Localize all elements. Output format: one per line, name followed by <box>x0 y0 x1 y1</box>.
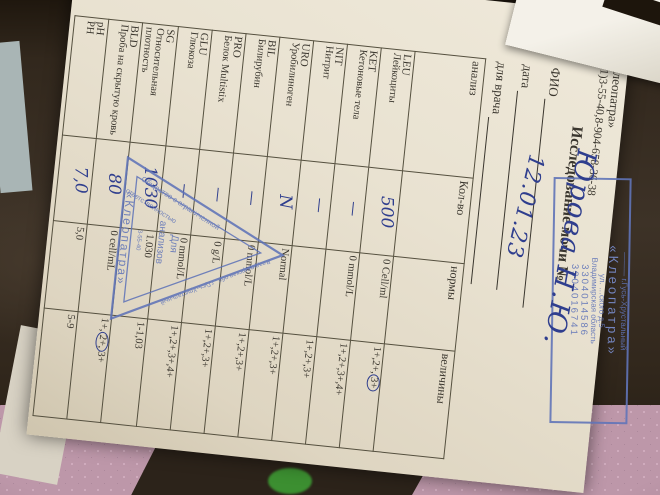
triangle-stamp-phone: 3-55-40 <box>134 229 142 251</box>
scale-token: 2+, <box>267 349 279 364</box>
triangle-stamp-center-line2: анализов <box>153 220 168 264</box>
triangle-stamp-center-line1: Для <box>167 234 180 253</box>
triangle-stamp-name: «Клеопатра» <box>114 191 138 286</box>
handwritten-result: — <box>344 201 363 218</box>
green-spot <box>268 468 312 494</box>
photo-frame: ООО «Клеопатра» тел. (849241)3-55-40,8-9… <box>0 0 660 495</box>
urine-test-form: ООО «Клеопатра» тел. (849241)3-55-40,8-9… <box>26 0 633 493</box>
scale-token: 3+ <box>94 351 106 363</box>
scale-token: 3+ <box>300 366 312 378</box>
triangular-analysis-stamp: Общество с ограниченной ответственностью… <box>102 151 297 343</box>
scale-token: 2+, <box>166 338 178 353</box>
scale-token: 3+ <box>366 373 381 391</box>
scale-token: 4+ <box>332 384 344 396</box>
scale-token: 03 <box>132 338 144 350</box>
scale-token: 5-9 <box>63 314 75 329</box>
scale-token: 1+, <box>303 339 315 354</box>
column-header-norms: нормы <box>384 256 464 351</box>
handwritten-result: — <box>310 197 329 214</box>
doctor-label: для врача <box>490 61 510 115</box>
scale-token: 2+, <box>369 360 381 375</box>
date-label: дата <box>518 64 535 89</box>
scale-token: 1+, <box>336 342 348 357</box>
scale-token: 1+, <box>370 346 382 361</box>
scale-token: 2+, <box>301 353 313 368</box>
scale-token: 3+ <box>266 363 278 375</box>
handwritten-result: 500 <box>377 196 397 228</box>
scale-token: 4+ <box>163 366 175 378</box>
scale-token: 2+, <box>335 356 347 371</box>
scale-token: 3+ <box>232 359 244 371</box>
scale-token: 2+, <box>200 342 212 357</box>
triangle-stamp-region-text: Владимирская обл., г.Гусь-Хрустальный <box>159 257 271 307</box>
column-header-analysis: анализ <box>403 51 486 178</box>
handwritten-result: 7,0 <box>70 167 90 194</box>
column-header-values: величины <box>373 344 455 459</box>
patient-name-label: ФИО <box>546 67 564 97</box>
column-header-quantity: Кол-во <box>394 171 474 264</box>
lab-form-paper: ООО «Клеопатра» тел. (849241)3-55-40,8-9… <box>26 0 633 493</box>
scale-token: 2+, <box>94 331 109 352</box>
scale-token: 3+ <box>198 356 210 368</box>
scale-token: 2+, <box>233 346 245 361</box>
